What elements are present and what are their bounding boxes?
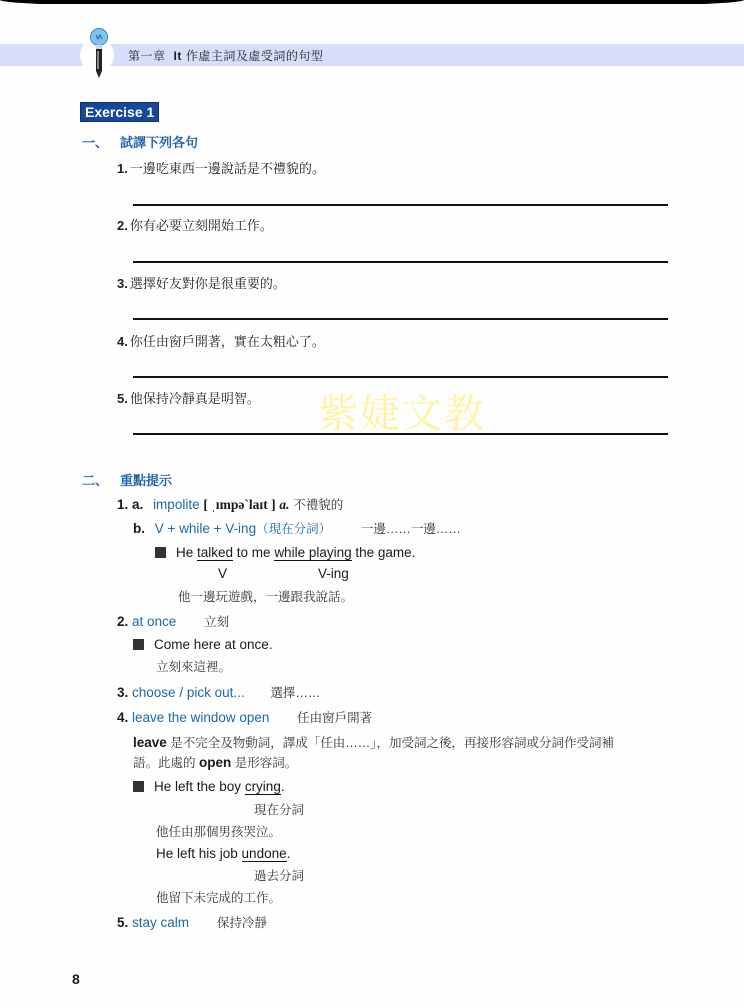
question-text: 一邊吃東西一邊說話是不禮貌的。 [130, 161, 325, 176]
question-number: 2. [117, 218, 128, 233]
phrase: choose / pick out... [132, 685, 245, 700]
example-text: He [176, 545, 197, 560]
item-2: 2. at once 立刻 [117, 612, 229, 630]
item-number: 3. [117, 685, 128, 700]
note-keyword: leave [133, 735, 167, 750]
question-text: 他保持冷靜真是明智。 [130, 391, 260, 406]
question-2: 2.你有必要立刻開始工作。 [117, 215, 273, 234]
meaning: 不禮貌的 [293, 498, 343, 512]
question-3: 3.選擇好友對你是很重要的。 [117, 273, 286, 292]
translation-4a: 他任由那個男孩哭泣。 [156, 822, 281, 840]
example-1: He talked to me while playing the game. [155, 545, 415, 560]
note-text: 是不完全及物動詞，譯成「任由……」，加受詞之後，再接形容詞或分詞作受詞補 [167, 736, 614, 750]
exercise-badge: Exercise 1 [80, 102, 159, 122]
example-icon [133, 781, 144, 792]
meaning: 選擇…… [270, 686, 320, 700]
page-top-edge [0, 0, 744, 8]
translation-4b: 他留下未完成的工作。 [156, 888, 281, 906]
item-1a: 1. a. impolite [ ˌɪmpəˋlaɪt ] a. 不禮貌的 [117, 495, 343, 513]
meaning: 保持冷靜 [217, 916, 267, 930]
item-4-note-line-1: leave 是不完全及物動詞，譯成「任由……」，加受詞之後，再接形容詞或分詞作受… [133, 733, 614, 751]
phrase: leave the window open [132, 710, 269, 725]
example-text: . [287, 846, 291, 861]
item-3: 3. choose / pick out... 選擇…… [117, 683, 320, 701]
chapter-keyword: It [174, 49, 182, 63]
sub-label: a. [132, 497, 143, 512]
grammar-note: （現在分詞） [256, 522, 331, 536]
item-4: 4. leave the window open 任由窗戶開著 [117, 708, 372, 726]
underlined-verb: talked [197, 545, 233, 561]
label-past-participle: 過去分詞 [254, 866, 304, 884]
answer-line-1[interactable] [133, 204, 668, 206]
example-icon [155, 547, 166, 558]
section-1-title: 一、試譯下列各句 [82, 132, 198, 151]
question-text: 你任由窗戶開著，實在太粗心了。 [130, 334, 325, 349]
chapter-title-text: 作虛主詞及虛受詞的句型 [186, 49, 324, 63]
note-text: 語。此處的 [133, 756, 199, 770]
question-1: 1.一邊吃東西一邊說話是不禮貌的。 [117, 158, 325, 177]
answer-line-4[interactable] [133, 376, 668, 378]
phrase: stay calm [132, 915, 189, 930]
example-text: Come here at once. [154, 637, 273, 652]
example-text: He left his job [156, 846, 242, 861]
underlined-phrase: while playing [274, 545, 351, 561]
label-v: V [218, 566, 227, 581]
underlined-word: crying [245, 779, 281, 795]
question-text: 你有必要立刻開始工作。 [130, 218, 273, 233]
translation-2: 立刻來這裡。 [156, 657, 231, 675]
chapter-title: 第一章It作虛主詞及虛受詞的句型 [128, 47, 323, 64]
item-number: 4. [117, 710, 128, 725]
vocab-word: impolite [153, 497, 200, 512]
question-number: 4. [117, 334, 128, 349]
example-icon [133, 639, 144, 650]
question-number: 5. [117, 391, 128, 406]
answer-line-2[interactable] [133, 261, 668, 263]
label-ving: V-ing [318, 566, 349, 581]
section-2-num: 二、 [82, 473, 108, 488]
question-number: 3. [117, 276, 128, 291]
section-1-num: 一、 [82, 135, 108, 150]
answer-line-3[interactable] [133, 318, 668, 320]
section-2-title: 二、重點提示 [82, 470, 172, 489]
part-of-speech: a. [279, 497, 289, 512]
phrase: at once [132, 614, 176, 629]
phonetic: [ ˌɪmpəˋlaɪt ] [203, 497, 275, 512]
example-text: the game. [352, 545, 416, 560]
meaning: 一邊……一邊…… [361, 522, 461, 536]
grammar-pattern: V + while + V-ing [155, 521, 256, 536]
question-5: 5.他保持冷靜真是明智。 [117, 388, 260, 407]
example-text: . [281, 779, 285, 794]
question-text: 選擇好友對你是很重要的。 [130, 276, 286, 291]
meaning: 立刻 [204, 615, 229, 629]
sub-label: b. [133, 521, 145, 536]
item-number: 5. [117, 915, 128, 930]
item-1b: b. V + while + V-ing（現在分詞） 一邊……一邊…… [133, 519, 461, 537]
example-text: He left the boy [154, 779, 245, 794]
example-4a: He left the boy crying. [133, 779, 285, 794]
translation-1: 他一邊玩遊戲，一邊跟我說話。 [178, 587, 353, 605]
section-1-title-text: 試譯下列各句 [120, 135, 198, 150]
note-keyword: open [199, 755, 231, 770]
item-number: 1. [117, 497, 128, 512]
example-4b: He left his job undone. [156, 846, 290, 861]
page-number: 8 [72, 971, 80, 987]
question-number: 1. [117, 161, 128, 176]
underlined-word: undone [242, 846, 287, 862]
item-5: 5. stay calm 保持冷靜 [117, 913, 267, 931]
chapter-label: 第一章 [128, 49, 166, 63]
section-2-title-text: 重點提示 [120, 473, 172, 488]
watermark: 紫婕文教 [318, 382, 486, 439]
meaning: 任由窗戶開著 [297, 711, 372, 725]
label-present-participle: 現在分詞 [254, 800, 304, 818]
item-4-note-line-2: 語。此處的 open 是形容詞。 [133, 753, 297, 771]
note-text: 是形容詞。 [231, 756, 297, 770]
question-4: 4.你任由窗戶開著，實在太粗心了。 [117, 331, 325, 350]
item-number: 2. [117, 614, 128, 629]
lightbulb-icon [88, 27, 110, 79]
example-2: Come here at once. [133, 637, 273, 652]
example-text: to me [233, 545, 274, 560]
